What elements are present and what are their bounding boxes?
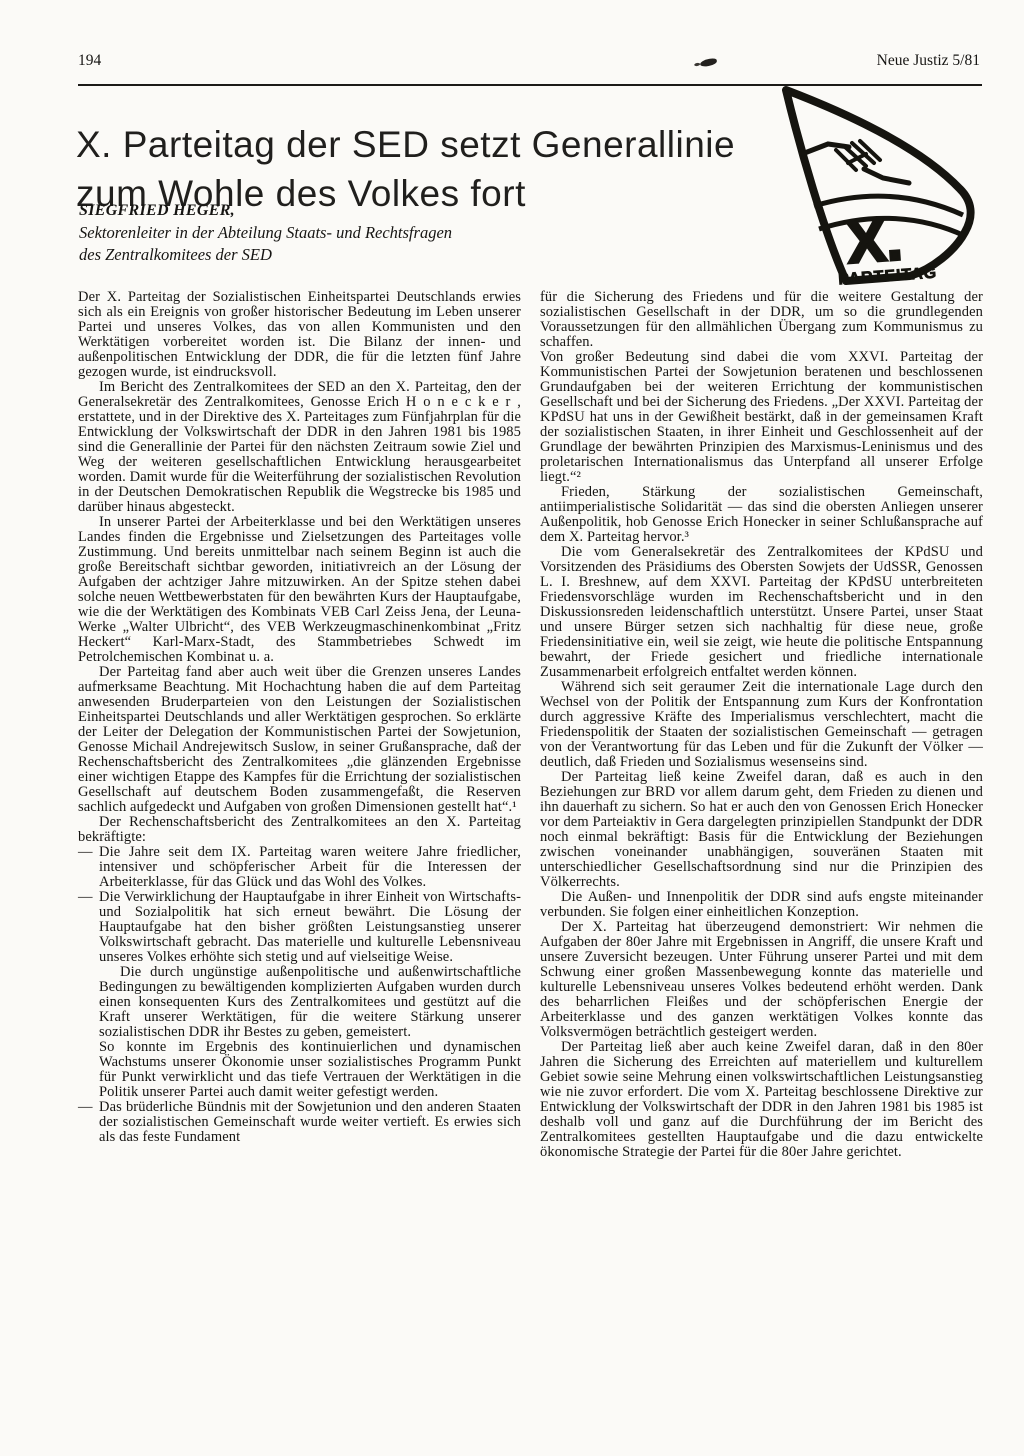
page-header: 194 Neue Justiz 5/81 <box>78 52 980 70</box>
list-dash: — <box>78 845 93 860</box>
paragraph: Der X. Parteitag hat überzeugend demonst… <box>540 920 983 1040</box>
paragraph: Der X. Parteitag der Sozialistischen Ein… <box>78 290 521 380</box>
paragraph: Frieden, Stärkung der sozialistischen Ge… <box>540 485 983 545</box>
paragraph: Der Parteitag fand aber auch weit über d… <box>78 665 521 815</box>
paragraph: Von großer Bedeutung sind dabei die vom … <box>540 350 983 485</box>
paragraph: So konnte im Ergebnis des kontinuierlich… <box>78 1040 521 1100</box>
paragraph: Der Parteitag ließ aber auch keine Zweif… <box>540 1040 983 1160</box>
document-page: 194 Neue Justiz 5/81 X. Parteitag der SE… <box>0 0 1024 1456</box>
paragraph: Die durch ungünstige außenpolitische und… <box>78 965 521 1040</box>
list-item-text: Das brüderliche Bündnis mit der Sowjetun… <box>99 1099 521 1145</box>
paragraph: Die vom Generalsekretär des Zentralkomit… <box>540 545 983 680</box>
handshake-flag-icon: X. PARTEITAG <box>762 84 1010 289</box>
paragraph: für die Sicherung des Friedens und für d… <box>540 290 983 350</box>
list-item-text: Die Verwirklichung der Hauptaufgabe in i… <box>99 889 521 965</box>
list-dash: — <box>78 890 93 905</box>
list-dash: — <box>78 1100 93 1115</box>
list-item-text: Die Jahre seit dem IX. Parteitag waren w… <box>99 844 521 890</box>
article-title-line1: X. Parteitag der SED setzt Generallinie <box>76 124 735 165</box>
paragraph: Die Außen- und Innenpolitik der DDR sind… <box>540 890 983 920</box>
paragraph: Während sich seit geraumer Zeit die inte… <box>540 680 983 770</box>
author-name: SIEGFRIED HEGER, <box>79 200 639 222</box>
right-column: für die Sicherung des Friedens und für d… <box>540 290 983 1160</box>
author-block: SIEGFRIED HEGER, Sektorenleiter in der A… <box>79 200 639 266</box>
list-item: —Die Verwirklichung der Hauptaufgabe in … <box>78 890 521 965</box>
author-role-line2: des Zentralkomitees der SED <box>79 244 639 266</box>
left-column: Der X. Parteitag der Sozialistischen Ein… <box>78 290 521 1160</box>
paragraph: Der Rechenschaftsbericht des Zentralkomi… <box>78 815 521 845</box>
list-item: —Das brüderliche Bündnis mit der Sowjetu… <box>78 1100 521 1145</box>
paragraph: Der Parteitag ließ keine Zweifel daran, … <box>540 770 983 890</box>
journal-title: Neue Justiz 5/81 <box>877 52 980 70</box>
page-number: 194 <box>78 52 101 70</box>
list-item: —Die Jahre seit dem IX. Parteitag waren … <box>78 845 521 890</box>
logo-x-label: X. <box>845 207 904 276</box>
paragraph: Im Bericht des Zentralkomitees der SED a… <box>78 380 521 515</box>
paragraph: In unserer Partei der Arbeiterklasse und… <box>78 515 521 665</box>
article-body: Der X. Parteitag der Sozialistischen Ein… <box>78 290 984 1160</box>
party-congress-logo: X. PARTEITAG <box>762 84 1010 289</box>
author-role-line1: Sektorenleiter in der Abteilung Staats- … <box>79 222 639 244</box>
